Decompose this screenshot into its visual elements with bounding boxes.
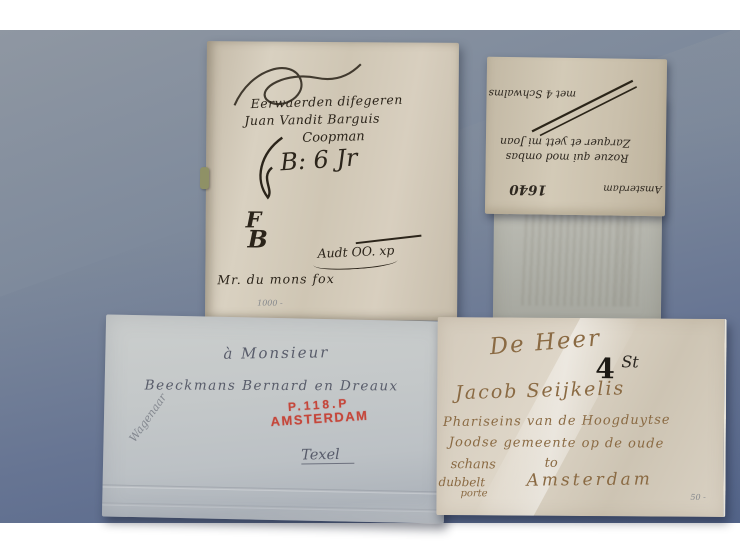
handwriting-line: Zarquer et yett mi Joan xyxy=(500,135,631,150)
postal-stamp-amsterdam: P.118.P AMSTERDAM xyxy=(263,395,375,430)
paper-crease xyxy=(103,484,445,494)
handwriting-line: schans xyxy=(451,457,496,472)
ink-slash-marks xyxy=(532,73,637,136)
letter-top-left: Eerwaerden difegeren Juan Vandit Barguis… xyxy=(205,41,459,321)
handwriting-paraph: B: 6 Jr xyxy=(279,144,358,177)
handwriting-side-note: Wagenaar xyxy=(127,391,170,444)
letter-bottom-right: De Heer 4 St Jacob Seijkelis Phariseins … xyxy=(436,317,726,517)
handwriting-line: Eerwaerden difegeren xyxy=(250,92,403,111)
handwriting-line: Joodse gemeente op de oude xyxy=(449,435,665,452)
photo-frame: met 4 Schwalms Zarquer et yett mi Joan R… xyxy=(0,0,740,557)
postal-rate-unit: St xyxy=(621,352,639,371)
handwriting-line: Rozue qui mod ombas xyxy=(506,150,629,165)
paper-crease xyxy=(102,502,444,512)
handwriting-bottom-note: Mr. du mons fox xyxy=(217,271,335,287)
handwriting-line: porte xyxy=(460,488,487,499)
handwriting-destination: Texel xyxy=(301,447,354,465)
handwriting-addressee: Jacob Seijkelis xyxy=(455,377,626,404)
letter-bottom-left: à Monsieur Beeckmans Bernard en Dreaux P… xyxy=(102,314,448,523)
pencil-note: 50 - xyxy=(690,493,706,502)
handwriting-year: 1640 xyxy=(509,181,547,198)
handwriting-line: to xyxy=(545,456,558,471)
handwriting-town: Amsterdam xyxy=(526,469,652,490)
handwriting-line: Phariseins van de Hoogduytse xyxy=(443,413,671,430)
merchant-monogram-bottom: B xyxy=(248,231,268,248)
handwriting-line: Juan Vandit Barguis xyxy=(244,111,380,129)
pencil-note: 1000 - xyxy=(257,298,283,307)
handwriting-addressee: Beeckmans Bernard en Dreaux xyxy=(145,377,399,394)
letter-top-right-front: met 4 Schwalms Zarquer et yett mi Joan R… xyxy=(485,57,667,216)
handwriting-town-note: Amsterdam xyxy=(603,182,662,194)
seal-remnant xyxy=(200,167,209,189)
handwriting-salutation: à Monsieur xyxy=(223,343,329,362)
photo-background: met 4 Schwalms Zarquer et yett mi Joan R… xyxy=(0,30,740,523)
